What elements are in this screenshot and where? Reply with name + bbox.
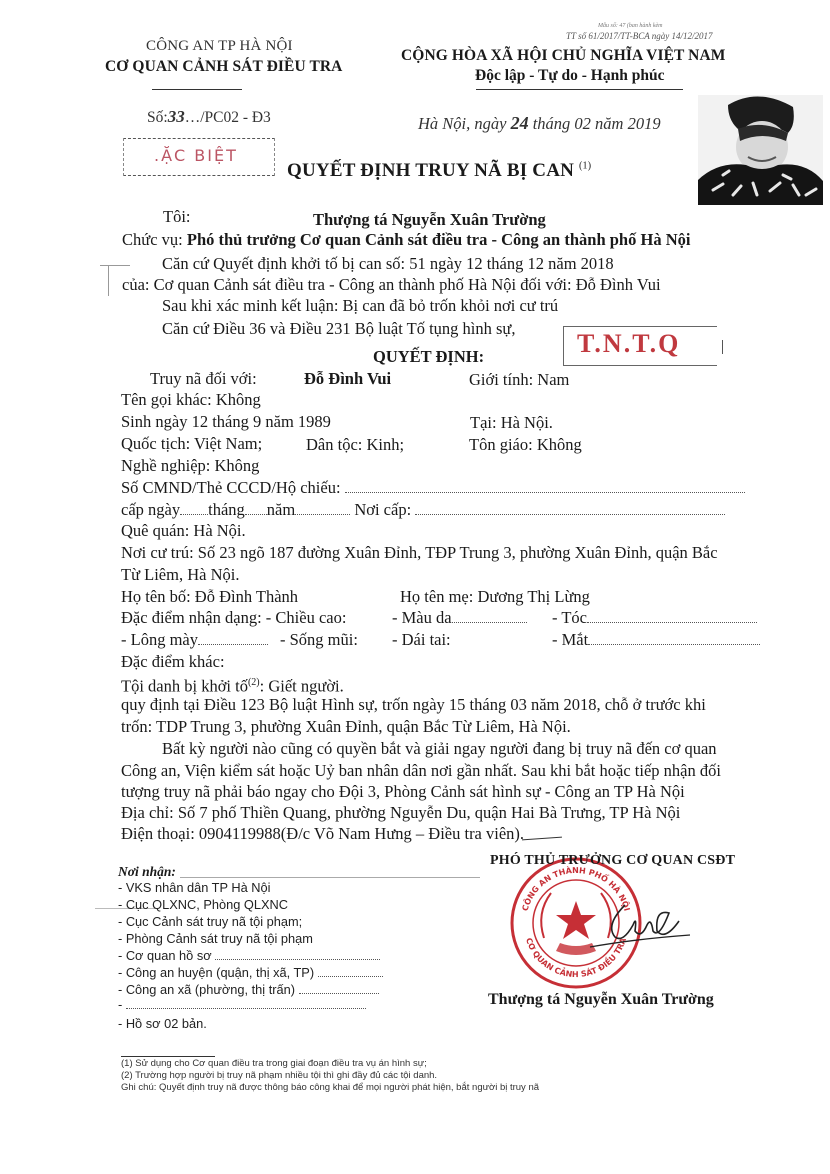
hair: - Tóc — [552, 607, 757, 628]
charge-footnote-ref: (2) — [248, 677, 260, 688]
contact-phone: Điện thoại: 0904119988(Đ/c Võ Nam Hưng –… — [121, 823, 524, 844]
form-note-line1: Mẫu số: 47 (ban hành kèm — [598, 23, 663, 29]
eyebrows-blank — [198, 632, 268, 645]
nose: - Sống mũi: — [280, 629, 358, 650]
decision-heading: QUYẾT ĐỊNH: — [373, 346, 484, 367]
form-note-line2: TT số 61/2017/TT-BCA ngày 14/12/2017 — [566, 31, 713, 41]
tntq-stamp: T.N.T.Q — [563, 326, 717, 366]
residence-line2: Từ Liêm, Hà Nội. — [121, 564, 239, 585]
footnote-divider — [121, 1056, 215, 1057]
religion: Tôn giáo: Không — [469, 434, 582, 455]
eyes: - Mắt — [552, 629, 760, 650]
footnote-2: (2) Trường hợp người bị truy nã phạm nhi… — [121, 1070, 437, 1081]
document-title: QUYẾT ĐỊNH TRUY NÃ BỊ CAN (1) — [287, 160, 591, 182]
recipients-title: Nơi nhận: — [118, 864, 176, 880]
basis-line1: Căn cứ Quyết định khởi tố bị can số: 51 … — [162, 253, 614, 274]
charge-line3: trốn: TDP Trung 3, phường Xuân Đỉnh, quậ… — [121, 716, 571, 737]
stamp-mark — [722, 340, 723, 354]
country-name: CỘNG HÒA XÃ HỘI CHỦ NGHĨA VIỆT NAM — [401, 47, 726, 65]
agency-parent: CÔNG AN TP HÀ NỘI — [146, 38, 293, 55]
id-issue-row: cấp ngàythángnăm Nơi cấp: — [121, 499, 725, 520]
skin-label: - Màu da — [392, 608, 452, 627]
position-value: Phó thủ trưởng Cơ quan Cảnh sát điều tra… — [187, 230, 691, 249]
instructions-line1: Bất kỳ người nào cũng có quyền bắt và gi… — [162, 738, 717, 759]
date-suffix: tháng 02 năm 2019 — [533, 114, 661, 133]
doc-number-suffix: …/PC02 - Đ3 — [185, 109, 271, 126]
recipient-item: - Hồ sơ 02 bản. — [118, 1016, 207, 1031]
contact-address: Địa chỉ: Số 7 phố Thiền Quang, phường Ng… — [121, 802, 680, 823]
margin-mark — [100, 265, 130, 266]
title-footnote-ref: (1) — [579, 161, 591, 172]
mother-name: Họ tên mẹ: Dương Thị Lừng — [400, 586, 590, 607]
basis-line2: của: Cơ quan Cảnh sát điều tra - Công an… — [122, 274, 661, 295]
signature-title: PHÓ THỦ TRƯỞNG CƠ QUAN CSĐT — [490, 853, 735, 869]
date-day-handwritten: 24 — [511, 113, 529, 133]
recipient-blank — [318, 967, 383, 977]
signature-icon — [585, 895, 695, 955]
instructions-line2: Công an, Viện kiểm sát hoặc Uỷ ban nhân … — [121, 760, 721, 781]
residence-line1: Nơi cư trú: Số 23 ngõ 187 đường Xuân Đỉn… — [121, 542, 718, 563]
occupation: Nghề nghiệp: Không — [121, 455, 259, 476]
special-stamp: .ẶC BIỆT — [123, 138, 275, 176]
national-motto: Độc lập - Tự do - Hạnh phúc — [475, 67, 664, 85]
skin-blank — [452, 610, 527, 623]
footnote-1: (1) Sử dụng cho Cơ quan điều tra trong g… — [121, 1058, 427, 1069]
ethnicity: Dân tộc: Kinh; — [306, 434, 404, 455]
recipient-item: - Cơ quan hồ sơ — [118, 948, 380, 963]
footnote-note: Ghi chú: Quyết định truy nã được thông b… — [121, 1082, 539, 1093]
position-label: Chức vụ: — [122, 230, 183, 249]
nationality: Quốc tịch: Việt Nam; — [121, 433, 262, 454]
wanted-label: Truy nã đối với: — [150, 368, 257, 389]
instructions-line3: tượng truy nã phải báo ngay cho Đội 3, P… — [121, 781, 685, 802]
hair-label: - Tóc — [552, 608, 587, 627]
charge-line2: quy định tại Điều 123 Bộ luật Hình sự, t… — [121, 694, 706, 715]
alias: Tên gọi khác: Không — [121, 389, 261, 410]
issue-place-label: Nơi cấp: — [354, 500, 411, 519]
title-text: QUYẾT ĐỊNH TRUY NÃ BỊ CAN — [287, 160, 574, 181]
recipient-blank — [299, 984, 379, 994]
doc-number-prefix: Số: — [147, 109, 168, 126]
agency-name: CƠ QUAN CẢNH SÁT ĐIỀU TRA — [105, 58, 342, 76]
tntq-stamp-text: T.N.T.Q — [577, 329, 680, 359]
label-toi: Tôi: — [163, 206, 191, 227]
recipient-item: - Công an huyện (quận, thị xã, TP) — [118, 965, 383, 980]
eyes-label: - Mắt — [552, 630, 588, 649]
doc-number-handwritten: 33 — [168, 107, 185, 126]
basis-line3: Sau khi xác minh kết luận: Bị can đã bỏ … — [162, 295, 558, 316]
issue-place-blank — [415, 502, 725, 515]
birth-place: Tại: Hà Nội. — [470, 412, 553, 433]
suspect-photo — [698, 95, 823, 205]
header-left-divider — [152, 89, 242, 90]
skin-color: - Màu da — [392, 607, 527, 628]
issue-day-blank — [180, 502, 208, 515]
id-label: Số CMND/Thẻ CCCD/Hộ chiếu: — [121, 478, 341, 497]
scan-line — [180, 877, 480, 878]
id-number-blank — [345, 480, 745, 493]
issue-date: Hà Nội, ngày 24 tháng 02 năm 2019 — [418, 113, 661, 134]
recipient-item-label: - Cơ quan hồ sơ — [118, 948, 212, 963]
issue-year-label: năm — [267, 500, 295, 519]
person-photo-icon — [698, 95, 823, 205]
recipient-item-label: - Công an huyện (quận, thị xã, TP) — [118, 965, 314, 980]
basis-line4: Căn cứ Điều 36 và Điều 231 Bộ luật Tố tụ… — [162, 318, 516, 339]
charge-prefix: Tội danh bị khởi tố — [121, 677, 248, 696]
eyebrows: - Lông mày — [121, 629, 268, 650]
recipient-blank — [126, 999, 366, 1009]
header-right-divider — [476, 89, 683, 90]
recipient-item-label: - — [118, 997, 122, 1012]
eyes-blank — [588, 632, 760, 645]
hometown: Quê quán: Hà Nội. — [121, 520, 246, 541]
eyebrows-label: - Lông mày — [121, 630, 198, 649]
recipient-item: - — [118, 997, 366, 1012]
issuer-name: Thượng tá Nguyễn Xuân Trường — [313, 209, 546, 230]
earlobe: - Dái tai: — [392, 629, 451, 650]
gender: Giới tính: Nam — [469, 369, 569, 390]
recipient-item: - VKS nhân dân TP Hà Nội — [118, 880, 270, 895]
special-stamp-text: .ẶC BIỆT — [154, 146, 238, 165]
issue-month-blank — [245, 502, 267, 515]
father-name: Họ tên bố: Đỗ Đình Thành — [121, 586, 298, 607]
recipient-item: - Phòng Cảnh sát truy nã tội phạm — [118, 931, 313, 946]
issue-month-label: tháng — [208, 500, 245, 519]
recipient-item: - Cục QLXNC, Phòng QLXNC — [118, 897, 288, 912]
handwritten-mark — [522, 837, 562, 841]
other-features: Đặc điểm khác: — [121, 651, 225, 672]
recipient-item: - Công an xã (phường, thị trấn) — [118, 982, 379, 997]
recipient-item-label: - Công an xã (phường, thị trấn) — [118, 982, 295, 997]
margin-mark — [108, 266, 109, 296]
id-number-row: Số CMND/Thẻ CCCD/Hộ chiếu: — [121, 477, 745, 498]
recipient-blank — [215, 950, 380, 960]
birth-date: Sinh ngày 12 tháng 9 năm 1989 — [121, 411, 331, 432]
wanted-name: Đỗ Đình Vui — [304, 368, 391, 389]
charge-value: : Giết người. — [260, 677, 344, 696]
issuer-position: Chức vụ: Phó thủ trưởng Cơ quan Cảnh sát… — [122, 229, 690, 250]
date-prefix: Hà Nội, ngày — [418, 114, 506, 133]
recipient-item: - Cục Cảnh sát truy nã tội phạm; — [118, 914, 302, 929]
signer-name: Thượng tá Nguyễn Xuân Trường — [488, 991, 714, 1009]
document-number: Số:33…/PC02 - Đ3 — [147, 107, 271, 127]
issue-year-blank — [295, 502, 350, 515]
charge: Tội danh bị khởi tố(2): Giết người. — [121, 672, 344, 697]
features-label: Đặc điểm nhận dạng: - Chiều cao: — [121, 607, 346, 628]
hair-blank — [587, 610, 757, 623]
issue-day-label: cấp ngày — [121, 500, 180, 519]
